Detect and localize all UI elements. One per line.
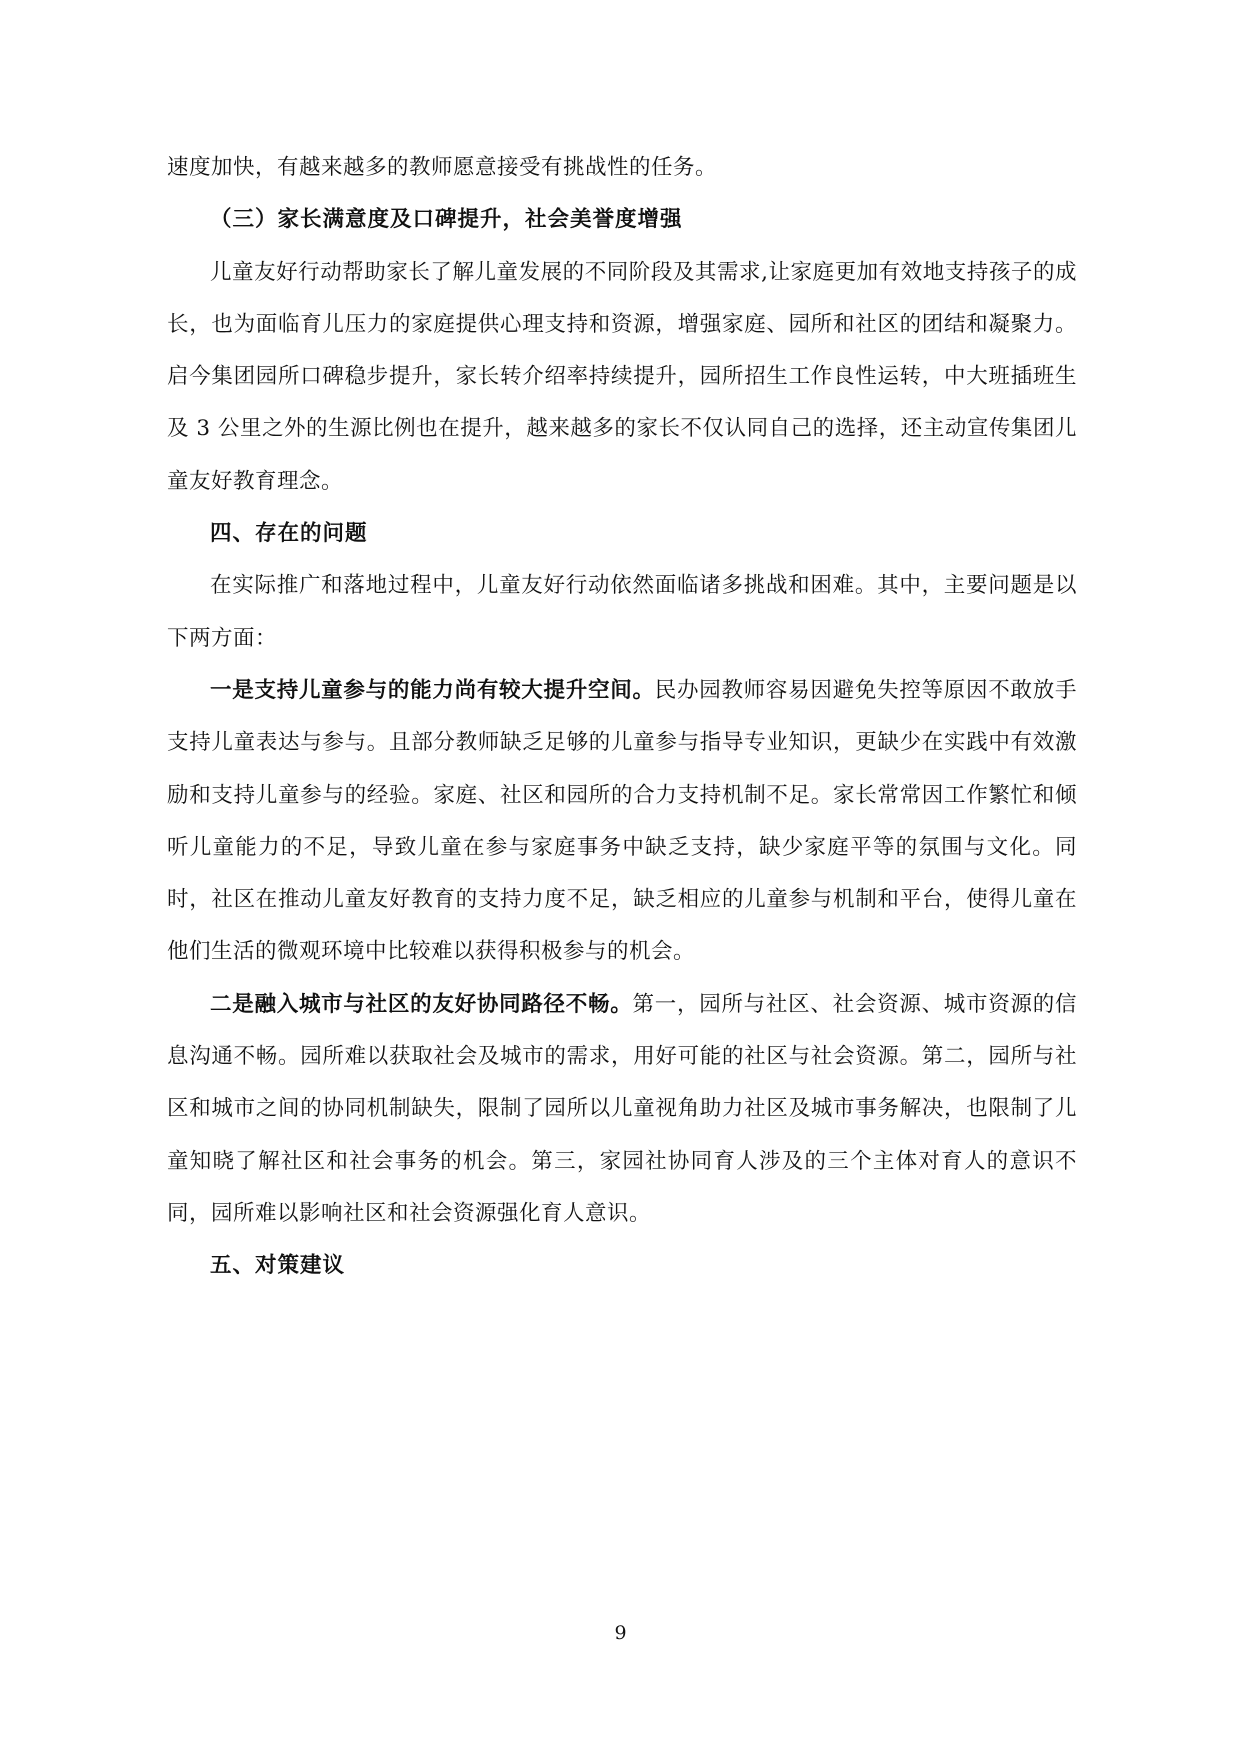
document-page: 速度加快，有越来越多的教师愿意接受有挑战性的任务。 （三）家长满意度及口碑提升，… — [0, 0, 1241, 1754]
issue-2-lead: 二是融入城市与社区的友好协同路径不畅。 — [210, 992, 633, 1017]
issue-1-lead: 一是支持儿童参与的能力尚有较大提升空间。 — [210, 678, 655, 703]
paragraph-issue-1: 一是支持儿童参与的能力尚有较大提升空间。民办园教师容易因避免失控等原因不敢放手支… — [167, 665, 1077, 979]
paragraph-carryover: 速度加快，有越来越多的教师愿意接受有挑战性的任务。 — [167, 142, 1077, 194]
heading-section-5: 五、对策建议 — [167, 1240, 1077, 1292]
page-number: 9 — [0, 1622, 1241, 1644]
document-body: 速度加快，有越来越多的教师愿意接受有挑战性的任务。 （三）家长满意度及口碑提升，… — [167, 142, 1077, 1293]
issue-2-body: 第一，园所与社区、社会资源、城市资源的信息沟通不畅。园所难以获取社会及城市的需求… — [167, 992, 1077, 1226]
paragraph-issue-2: 二是融入城市与社区的友好协同路径不畅。第一，园所与社区、社会资源、城市资源的信息… — [167, 979, 1077, 1240]
paragraph-section-4-intro: 在实际推广和落地过程中，儿童友好行动依然面临诸多挑战和困难。其中，主要问题是以下… — [167, 560, 1077, 665]
paragraph-section-3: 儿童友好行动帮助家长了解儿童发展的不同阶段及其需求,让家庭更加有效地支持孩子的成… — [167, 247, 1077, 508]
heading-section-4: 四、存在的问题 — [167, 508, 1077, 560]
heading-section-3: （三）家长满意度及口碑提升，社会美誉度增强 — [167, 194, 1077, 246]
issue-1-body: 民办园教师容易因避免失控等原因不敢放手支持儿童表达与参与。且部分教师缺乏足够的儿… — [167, 678, 1077, 964]
